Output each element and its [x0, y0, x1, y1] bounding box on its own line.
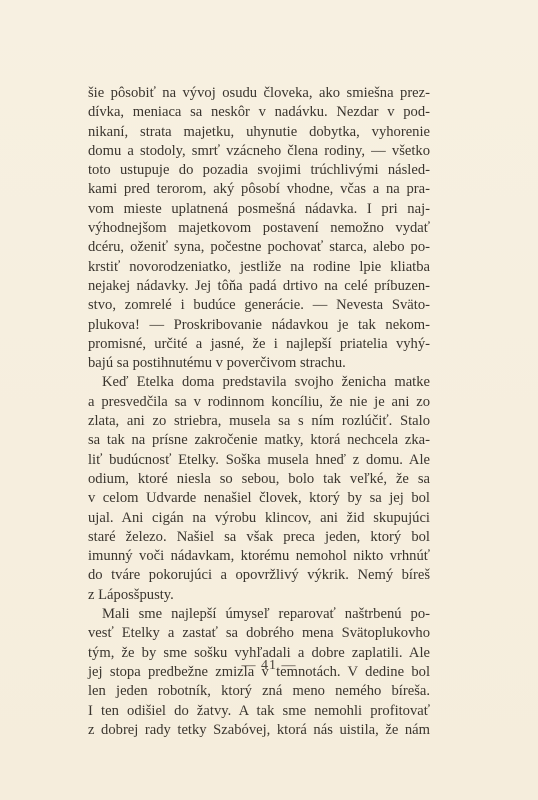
- text-line: plukova! — Proskribovanie nádavkou je ta…: [88, 316, 430, 335]
- text-line: stvo, zomrelé i budúce generácie. — Neve…: [88, 296, 430, 315]
- text-line: z Láposšpusty.: [88, 586, 430, 605]
- text-line: bajú sa postihnutému v poverčivom strach…: [88, 354, 430, 373]
- text-line: vom mieste uplatnená posmešná nádavka. I…: [88, 200, 430, 219]
- text-line: promisné, určité a jasné, že i najlepší …: [88, 335, 430, 354]
- text-line: Keď Etelka doma predstavila svojho ženic…: [88, 373, 430, 392]
- text-line: domu a stodoly, smrť vzácneho člena rodi…: [88, 142, 430, 161]
- text-line: len jeden robotník, ktorý zná meno neméh…: [88, 682, 430, 701]
- text-line: ujal. Ani cigán na výrobu klincov, ani ž…: [88, 509, 430, 528]
- text-line: Mali sme najlepší úmyseľ reparovať naštr…: [88, 605, 430, 624]
- page-number: — 41 —: [0, 658, 538, 674]
- text-line: zlata, ani zo striebra, musela sa s ním …: [88, 412, 430, 431]
- book-page: šie pôsobiť na vývoj osudu človeka, ako …: [0, 0, 538, 800]
- body-text: šie pôsobiť na vývoj osudu človeka, ako …: [88, 84, 430, 740]
- text-line: kami pred terorom, aký pôsobí vhodne, vč…: [88, 180, 430, 199]
- text-line: a presvedčila sa v rodinnom koncíliu, že…: [88, 393, 430, 412]
- text-line: dívka, meniaca sa neskôr v nadávku. Nezd…: [88, 103, 430, 122]
- text-line: dcéru, oženiť syna, počestne pochovať st…: [88, 238, 430, 257]
- text-line: v celom Udvarde nenašiel človek, ktorý b…: [88, 489, 430, 508]
- text-line: šie pôsobiť na vývoj osudu človeka, ako …: [88, 84, 430, 103]
- text-line: z dobrej rady tetky Szabóvej, ktorá nás …: [88, 721, 430, 740]
- text-line: toto ustupuje do pozadia svojimi trúchli…: [88, 161, 430, 180]
- text-line: nikaní, strata majetku, uhynutie dobytka…: [88, 123, 430, 142]
- text-line: I ten odišiel do žatvy. A tak sme nemohl…: [88, 702, 430, 721]
- text-line: do tváre pokorujúci a opovržlivý výkrik.…: [88, 566, 430, 585]
- text-line: výhodnejšom majetkovom postavení nemožno…: [88, 219, 430, 238]
- text-line: nejakej nádavky. Jej tôňa padá drtivo na…: [88, 277, 430, 296]
- text-line: odium, ktoré niesla so sebou, bolo tak v…: [88, 470, 430, 489]
- text-line: sa tak na prísne zakročenie matky, ktorá…: [88, 431, 430, 450]
- paragraph-2: Keď Etelka doma predstavila svojho ženic…: [88, 373, 430, 605]
- text-line: krstiť novorodzeniatko, jestliže na rodi…: [88, 258, 430, 277]
- text-line: vesť Etelky a zastať sa dobrého mena Svä…: [88, 624, 430, 643]
- text-line: liť budúcnosť Etelky. Soška musela hneď …: [88, 451, 430, 470]
- text-line: staré železo. Našiel sa však preca jeden…: [88, 528, 430, 547]
- text-line: imunný voči nádavkam, ktorému nemohol ni…: [88, 547, 430, 566]
- paragraph-1: šie pôsobiť na vývoj osudu človeka, ako …: [88, 84, 430, 373]
